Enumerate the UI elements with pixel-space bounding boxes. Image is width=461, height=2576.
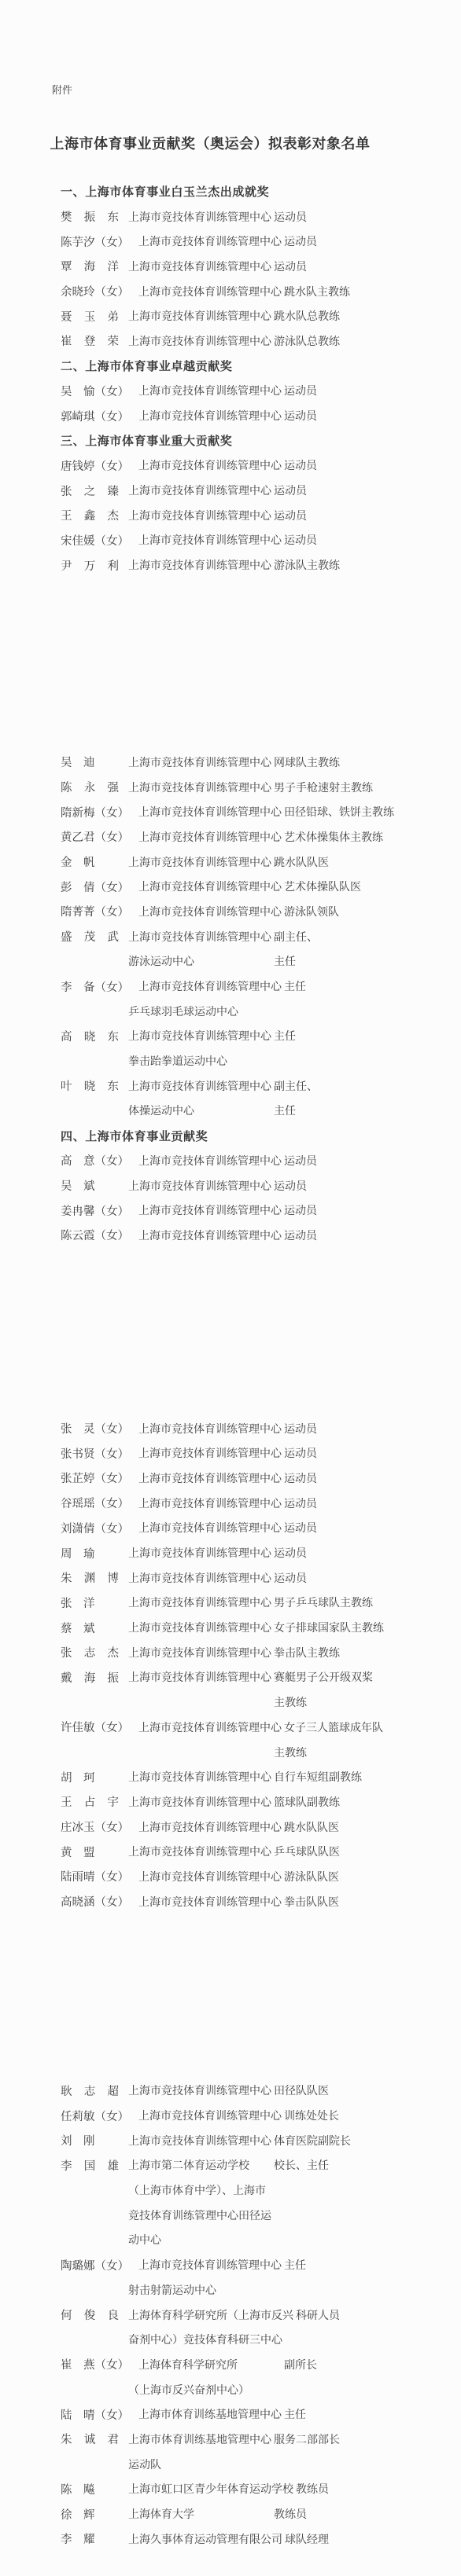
organization: 上海市体育训练基地管理中心 <box>128 2431 271 2447</box>
entry: 陈永强上海市竞技体育训练管理中心男子手枪速射主教练 <box>0 775 461 800</box>
entry: 许佳敏（女）上海市竞技体育训练管理中心女子三人篮球成年队主教练 <box>0 1715 461 1764</box>
role: 艺术体操集体主教练 <box>284 829 383 845</box>
entry-line: 陆 晴（女）上海市体育训练基地管理中心主任 <box>0 2402 461 2427</box>
entry: 崔登荣上海市竞技体育训练管理中心游泳队总教练 <box>0 328 461 354</box>
organization: 上海市竞技体育训练管理中心 <box>138 804 282 820</box>
organization: 上海市竞技体育训练管理中心 <box>128 1570 271 1586</box>
organization: 上海市竞技体育训练管理中心 <box>128 1620 271 1635</box>
entry: 黄 盟上海市竞技体育训练管理中心乒乓球队队医 <box>0 1839 461 1864</box>
entry: 郭崎琪（女）上海市竞技体育训练管理中心运动员 <box>0 403 461 428</box>
organization: 上海市竞技体育训练管理中心 <box>128 780 271 795</box>
entry: 姜冉馨（女）上海市竞技体育训练管理中心运动员 <box>0 1198 461 1223</box>
organization: 上海市竞技体育训练管理中心 <box>138 1869 282 1884</box>
entry: 盛茂武上海市竞技体育训练管理中心副主任、游泳运动中心主任 <box>0 924 461 974</box>
person-name: 陶璐娜（女） <box>61 2257 129 2273</box>
entry: 王占宇上海市竞技体育训练管理中心篮球队副教练 <box>0 1789 461 1815</box>
entry: 黄乙君（女）上海市竞技体育训练管理中心艺术体操集体主教练 <box>0 824 461 849</box>
person-name: 陈云霞（女） <box>61 1227 129 1243</box>
role: 运动员 <box>274 1570 307 1586</box>
organization: 上海市竞技体育训练管理中心 <box>138 2108 282 2123</box>
entry-line: 张芷婷（女）上海市竞技体育训练管理中心运动员 <box>0 1466 461 1491</box>
organization: 上海市竞技体育训练管理中心 <box>128 333 271 349</box>
role: 游泳队领队 <box>284 904 339 919</box>
role: 教练员 <box>296 2481 329 2497</box>
organization: 奋剂中心）竞技体育科研三中心 <box>128 2332 282 2347</box>
entry: 陆 晴（女）上海市体育训练基地管理中心主任 <box>0 2402 461 2427</box>
entry: 吴 愉（女）上海市竞技体育训练管理中心运动员 <box>0 379 461 404</box>
entry: 刘 刚上海市竞技体育训练管理中心体育医院副院长 <box>0 2128 461 2153</box>
organization: 上海市竞技体育训练管理中心 <box>128 2133 271 2149</box>
organization: 上海市竞技体育训练管理中心 <box>128 508 271 523</box>
person-name: 张芷婷（女） <box>61 1470 129 1486</box>
entry-line: 李 耀上海久事体育运动管理有限公司球队经理 <box>0 2526 461 2552</box>
role: 跳水队队医 <box>274 854 329 870</box>
entry-line: 奋剂中心）竞技体育科研三中心 <box>0 2327 461 2352</box>
entry-line: 张书贤（女）上海市竞技体育训练管理中心运动员 <box>0 1440 461 1466</box>
role: 教练员 <box>274 2506 307 2522</box>
entry-line: 王占宇上海市竞技体育训练管理中心篮球队副教练 <box>0 1789 461 1815</box>
entry: 周 瑜上海市竞技体育训练管理中心运动员 <box>0 1540 461 1565</box>
entry-line: 高晓涵（女）上海市竞技体育训练管理中心拳击队队医 <box>0 1889 461 1914</box>
organization: 上海久事体育运动管理有限公司 <box>128 2531 282 2547</box>
entry: 彭 倩（女）上海市竞技体育训练管理中心艺术体操队队医 <box>0 874 461 899</box>
organization: 上海市竞技体育训练管理中心 <box>138 1421 282 1437</box>
entry: 朱渊博上海市竞技体育训练管理中心运动员 <box>0 1565 461 1591</box>
organization: 上海市竞技体育训练管理中心 <box>128 209 271 225</box>
section-heading: 一、上海市体育事业白玉兰杰出成就奖 <box>0 179 461 204</box>
entry: 崔 燕（女）上海体育科学研究所副所长（上海市反兴奋剂中心） <box>0 2352 461 2402</box>
role: 主任 <box>274 1028 296 1044</box>
entry: 隋新梅（女）上海市竞技体育训练管理中心田径铅球、铁饼主教练 <box>0 799 461 824</box>
organization: 上海体育科学研究所 <box>138 2357 282 2372</box>
organization: 体操运动中心 <box>128 1103 271 1118</box>
entry-line: 朱诚君上海市体育训练基地管理中心服务二部部长 <box>0 2427 461 2452</box>
entry: 胡 珂上海市竞技体育训练管理中心自行车短组副教练 <box>0 1764 461 1789</box>
role: 跳水队总教练 <box>274 308 340 324</box>
organization: 上海市竞技体育训练管理中心 <box>128 557 271 573</box>
entry: 陆雨晴（女）上海市竞技体育训练管理中心游泳队队医 <box>0 1864 461 1889</box>
organization: 上海市竞技体育训练管理中心 <box>128 1178 271 1194</box>
organization: 上海市竞技体育训练管理中心 <box>138 1153 282 1169</box>
role: 训练处处长 <box>284 2108 339 2123</box>
role: 主任 <box>274 1103 296 1118</box>
organization: 运动队 <box>128 2457 271 2472</box>
entry-line: 崔登荣上海市竞技体育训练管理中心游泳队总教练 <box>0 328 461 354</box>
entry-line: 陈 飚上海市虹口区青少年体育运动学校教练员 <box>0 2477 461 2502</box>
entry: 何俊良上海体育科学研究所（上海市反兴科研人员奋剂中心）竞技体育科研三中心 <box>0 2303 461 2352</box>
entry-line: 拳击跆拳道运动中心 <box>0 1048 461 1073</box>
person-name: 戴海振 <box>61 1669 119 1686</box>
role: 女子三人篮球成年队 <box>284 1719 383 1735</box>
organization: 上海市竞技体育训练管理中心 <box>138 829 282 845</box>
role: 副所长 <box>284 2357 317 2372</box>
organization: 上海市体育训练基地管理中心 <box>138 2406 282 2422</box>
entry: 任莉敏（女）上海市竞技体育训练管理中心训练处处长 <box>0 2103 461 2128</box>
role: 运动员 <box>284 233 317 249</box>
person-name: 周 瑜 <box>61 1545 119 1561</box>
organization: 上海市竞技体育训练管理中心 <box>138 1445 282 1461</box>
organization: 上海市竞技体育训练管理中心 <box>138 1202 282 1218</box>
person-name: 高晓东 <box>61 1028 119 1044</box>
role: 主任 <box>274 953 296 969</box>
entry: 金 帆上海市竞技体育训练管理中心跳水队队医 <box>0 849 461 875</box>
entry-line: 黄乙君（女）上海市竞技体育训练管理中心艺术体操集体主教练 <box>0 824 461 849</box>
award-document: 附件 上海市体育事业贡献奖（奥运会）拟表彰对象名单 一、上海市体育事业白玉兰杰出… <box>0 0 461 2576</box>
entry: 王鑫杰上海市竞技体育训练管理中心运动员 <box>0 503 461 528</box>
entry: 朱诚君上海市体育训练基地管理中心服务二部部长运动队 <box>0 2427 461 2476</box>
page-gap <box>0 1248 461 1416</box>
role: 运动员 <box>284 1202 317 1218</box>
role: 运动员 <box>274 1545 307 1561</box>
person-name: 刘潇倩（女） <box>61 1520 129 1536</box>
person-name: 陆雨晴（女） <box>61 1868 129 1884</box>
section-heading: 三、上海市体育事业重大贡献奖 <box>0 428 461 453</box>
role: 跳水队主教练 <box>284 284 350 299</box>
person-name: 唐钱婷（女） <box>61 457 129 474</box>
person-name: 蔡 斌 <box>61 1620 119 1636</box>
entry-line: 尹万利上海市竞技体育训练管理中心游泳队主教练 <box>0 552 461 578</box>
entry-line: 高晓东上海市竞技体育训练管理中心主任 <box>0 1024 461 1049</box>
entry-line: 李 备（女）上海市竞技体育训练管理中心主任 <box>0 974 461 999</box>
person-name: 樊振东 <box>61 208 119 225</box>
role: 运动员 <box>284 1445 317 1461</box>
person-name: 陆 晴（女） <box>61 2406 129 2423</box>
entry-line: 动中心 <box>0 2228 461 2253</box>
organization: 上海市竞技体育训练管理中心 <box>128 1594 271 1610</box>
person-name: 徐 辉 <box>61 2506 119 2523</box>
entry: 张芷婷（女）上海市竞技体育训练管理中心运动员 <box>0 1466 461 1491</box>
entry-line: 姜冉馨（女）上海市竞技体育训练管理中心运动员 <box>0 1198 461 1223</box>
organization: 射击射箭运动中心 <box>128 2282 271 2298</box>
organization: 拳击跆拳道运动中心 <box>128 1053 271 1069</box>
role: 运动员 <box>274 483 307 498</box>
entry-line: 王鑫杰上海市竞技体育训练管理中心运动员 <box>0 503 461 528</box>
person-name: 陈 飚 <box>61 2481 119 2497</box>
person-name: 隋新梅（女） <box>61 804 129 820</box>
entry-line: （上海市体育中学）、上海市 <box>0 2178 461 2203</box>
entry-line: 张 灵（女）上海市竞技体育训练管理中心运动员 <box>0 1416 461 1441</box>
role: 运动员 <box>284 408 317 424</box>
organization: 游泳运动中心 <box>128 953 271 969</box>
entry: 陈云霞（女）上海市竞技体育训练管理中心运动员 <box>0 1223 461 1248</box>
organization: 上海体育科学研究所（上海市反兴 <box>128 2307 293 2323</box>
entry-line: 耿志超上海市竞技体育训练管理中心田径队队医 <box>0 2079 461 2104</box>
entry-line: 射击射箭运动中心 <box>0 2277 461 2303</box>
person-name: 张之臻 <box>61 483 119 499</box>
role: 副主任、 <box>274 929 318 945</box>
organization: 上海市竞技体育训练管理中心 <box>138 879 282 894</box>
person-name: 李 备（女） <box>61 978 129 995</box>
person-name: 谷瑶瑶（女） <box>61 1495 129 1511</box>
organization: 上海市竞技体育训练管理中心 <box>138 1894 282 1910</box>
role: 田径队队医 <box>274 2082 329 2098</box>
organization: 上海市竞技体育训练管理中心 <box>128 1078 271 1094</box>
entry-line: 主教练 <box>0 1690 461 1715</box>
person-name: 郭崎琪（女） <box>61 408 129 424</box>
person-name: 吴 斌 <box>61 1177 119 1194</box>
entry-line: 胡 珂上海市竞技体育训练管理中心自行车短组副教练 <box>0 1764 461 1789</box>
entry-line: 张之臻上海市竞技体育训练管理中心运动员 <box>0 478 461 503</box>
entry-line: 覃海洋上海市竞技体育训练管理中心运动员 <box>0 254 461 279</box>
person-name: 盛茂武 <box>61 928 119 945</box>
entry-line: 何俊良上海体育科学研究所（上海市反兴科研人员 <box>0 2303 461 2328</box>
organization: 上海市竞技体育训练管理中心 <box>138 233 282 249</box>
person-name: 陈永强 <box>61 779 119 795</box>
organization: 上海市竞技体育训练管理中心 <box>138 457 282 473</box>
person-name: 张 灵（女） <box>61 1420 129 1437</box>
organization: 上海市竞技体育训练管理中心 <box>128 308 271 324</box>
person-name: 何俊良 <box>61 2306 119 2323</box>
person-name: 余晓玲（女） <box>61 283 129 299</box>
role: 艺术体操队队医 <box>284 879 361 894</box>
entry: 蔡 斌上海市竞技体育训练管理中心女子排球国家队主教练 <box>0 1615 461 1640</box>
organization: 上海市竞技体育训练管理中心 <box>138 978 282 994</box>
organization: 上海市竞技体育训练管理中心 <box>128 1669 271 1685</box>
role: 运动员 <box>284 1421 317 1437</box>
role: 运动员 <box>274 508 307 523</box>
role: 运动员 <box>274 259 307 274</box>
entry: 高晓涵（女）上海市竞技体育训练管理中心拳击队队医 <box>0 1889 461 1914</box>
entry: 张 洋上海市竞技体育训练管理中心男子乒乓球队主教练 <box>0 1591 461 1616</box>
organization: 上海市竞技体育训练管理中心 <box>128 1844 271 1859</box>
entry-line: 陈永强上海市竞技体育训练管理中心男子手枪速射主教练 <box>0 775 461 800</box>
entry-line: 戴海振上海市竞技体育训练管理中心赛艇男子公开级双桨 <box>0 1665 461 1690</box>
organization: 上海市竞技体育训练管理中心 <box>128 1028 271 1044</box>
person-name: 吴 迪 <box>61 754 119 770</box>
entry-line: 吴 迪上海市竞技体育训练管理中心网球队主教练 <box>0 750 461 775</box>
role: 主教练 <box>274 1745 307 1760</box>
entry: 谷瑶瑶（女）上海市竞技体育训练管理中心运动员 <box>0 1491 461 1516</box>
entry-line: 刘 刚上海市竞技体育训练管理中心体育医院副院长 <box>0 2128 461 2153</box>
person-name: 耿志超 <box>61 2082 119 2099</box>
person-name: 姜冉馨（女） <box>61 1202 129 1219</box>
entry-line: 任莉敏（女）上海市竞技体育训练管理中心训练处处长 <box>0 2103 461 2128</box>
entry-line: 余晓玲（女）上海市竞技体育训练管理中心跳水队主教练 <box>0 279 461 304</box>
entry: 张志杰上海市竞技体育训练管理中心拳击队主教练 <box>0 1640 461 1665</box>
organization: 上海市竞技体育训练管理中心 <box>138 1227 282 1243</box>
entry-line: 庄冰玉（女）上海市竞技体育训练管理中心跳水队队医 <box>0 1815 461 1840</box>
entry: 唐钱婷（女）上海市竞技体育训练管理中心运动员 <box>0 453 461 479</box>
entry-line: 陈云霞（女）上海市竞技体育训练管理中心运动员 <box>0 1223 461 1248</box>
entry-line: 徐 辉上海体育大学教练员 <box>0 2501 461 2526</box>
person-name: 尹万利 <box>61 557 119 574</box>
role: 运动员 <box>284 1153 317 1169</box>
person-name: 许佳敏（女） <box>61 1719 129 1735</box>
role: 游泳队队医 <box>284 1869 339 1884</box>
person-name: 崔登荣 <box>61 332 119 349</box>
page-gap <box>0 1914 461 2079</box>
organization: 上海市竞技体育训练管理中心 <box>138 1819 282 1835</box>
entry-line: 樊振东上海市竞技体育训练管理中心运动员 <box>0 204 461 229</box>
entry-line: 吴 斌上海市竞技体育训练管理中心运动员 <box>0 1173 461 1198</box>
role: 校长、主任 <box>274 2157 329 2173</box>
organization: 上海市竞技体育训练管理中心 <box>128 259 271 274</box>
person-name: 崔 燕（女） <box>61 2356 129 2372</box>
page-gap <box>0 578 461 750</box>
person-name: 张 洋 <box>61 1594 119 1611</box>
role: 运动员 <box>284 1520 317 1536</box>
person-name: 高 意（女） <box>61 1152 129 1169</box>
attachment-label: 附件 <box>0 0 461 99</box>
person-name: 王占宇 <box>61 1793 119 1810</box>
entry: 宋佳媛（女）上海市竞技体育训练管理中心运动员 <box>0 528 461 553</box>
entry-line: 刘潇倩（女）上海市竞技体育训练管理中心运动员 <box>0 1516 461 1541</box>
entry-line: 唐钱婷（女）上海市竞技体育训练管理中心运动员 <box>0 453 461 479</box>
organization: （上海市体育中学）、上海市 <box>128 2182 271 2198</box>
person-name: 黄乙君（女） <box>61 828 129 845</box>
entry: 叶晓东上海市竞技体育训练管理中心副主任、体操运动中心主任 <box>0 1073 461 1123</box>
person-name: 宋佳媛（女） <box>61 532 129 549</box>
entry-line: 高 意（女）上海市竞技体育训练管理中心运动员 <box>0 1148 461 1173</box>
organization: 上海市竞技体育训练管理中心 <box>138 1719 282 1735</box>
entry-line: 聂玉弟上海市竞技体育训练管理中心跳水队总教练 <box>0 303 461 328</box>
entry-line: 张 洋上海市竞技体育训练管理中心男子乒乓球队主教练 <box>0 1591 461 1616</box>
section-heading: 二、上海市体育事业卓越贡献奖 <box>0 354 461 379</box>
person-name: 叶晓东 <box>61 1077 119 1094</box>
role: 主教练 <box>274 1694 307 1710</box>
role: 副主任、 <box>274 1078 318 1094</box>
organization: 上海市竞技体育训练管理中心 <box>128 483 271 498</box>
organization: 上海市竞技体育训练管理中心 <box>128 1545 271 1561</box>
role: 运动员 <box>274 1178 307 1194</box>
entry: 高晓东上海市竞技体育训练管理中心主任拳击跆拳道运动中心 <box>0 1024 461 1073</box>
entry: 张书贤（女）上海市竞技体育训练管理中心运动员 <box>0 1440 461 1466</box>
organization: 上海市竞技体育训练管理中心 <box>128 929 271 945</box>
entry-line: 宋佳媛（女）上海市竞技体育训练管理中心运动员 <box>0 528 461 553</box>
person-name: 胡 珂 <box>61 1769 119 1785</box>
entry: 戴海振上海市竞技体育训练管理中心赛艇男子公开级双桨主教练 <box>0 1665 461 1715</box>
entry: 徐 辉上海体育大学教练员 <box>0 2501 461 2526</box>
section-heading: 四、上海市体育事业贡献奖 <box>0 1123 461 1148</box>
entry: 陶璐娜（女）上海市竞技体育训练管理中心主任射击射箭运动中心 <box>0 2252 461 2302</box>
organization: 上海市竞技体育训练管理中心 <box>128 1794 271 1810</box>
organization: 上海市竞技体育训练管理中心 <box>128 854 271 870</box>
person-name: 隋菁菁（女） <box>61 903 129 919</box>
organization: 上海体育大学 <box>128 2506 271 2522</box>
role: 运动员 <box>284 1495 317 1511</box>
role: 拳击队主教练 <box>274 1645 340 1660</box>
person-name: 黄 盟 <box>61 1844 119 1860</box>
entry: 覃海洋上海市竞技体育训练管理中心运动员 <box>0 254 461 279</box>
entry-line: 许佳敏（女）上海市竞技体育训练管理中心女子三人篮球成年队 <box>0 1715 461 1740</box>
organization: 上海市竞技体育训练管理中心 <box>128 1769 271 1785</box>
person-name: 李 耀 <box>61 2530 119 2547</box>
person-name: 覃海洋 <box>61 258 119 274</box>
organization: （上海市反兴奋剂中心） <box>128 2382 271 2398</box>
person-name: 任莉敏（女） <box>61 2108 129 2124</box>
entry-line: 游泳运动中心主任 <box>0 949 461 974</box>
entry: 张之臻上海市竞技体育训练管理中心运动员 <box>0 478 461 503</box>
person-name: 高晓涵（女） <box>61 1893 129 1910</box>
role: 主任 <box>284 2257 306 2273</box>
entry: 李 耀上海久事体育运动管理有限公司球队经理 <box>0 2526 461 2552</box>
entry-line: （上海市反兴奋剂中心） <box>0 2377 461 2402</box>
person-name: 朱诚君 <box>61 2431 119 2447</box>
entry-line: 张志杰上海市竞技体育训练管理中心拳击队主教练 <box>0 1640 461 1665</box>
person-name: 庄冰玉（女） <box>61 1818 129 1835</box>
role: 运动员 <box>274 209 307 225</box>
role: 服务二部部长 <box>274 2431 340 2447</box>
person-name: 张志杰 <box>61 1644 119 1660</box>
entry: 张 灵（女）上海市竞技体育训练管理中心运动员 <box>0 1416 461 1441</box>
entry: 陈 飚上海市虹口区青少年体育运动学校教练员 <box>0 2477 461 2502</box>
entry-line: 陆雨晴（女）上海市竞技体育训练管理中心游泳队队医 <box>0 1864 461 1889</box>
entry-line: 竞技体育训练管理中心田径运 <box>0 2203 461 2228</box>
role: 运动员 <box>284 457 317 473</box>
person-name: 陈芋汐（女） <box>61 233 129 250</box>
entry-line: 朱渊博上海市竞技体育训练管理中心运动员 <box>0 1565 461 1591</box>
person-name: 刘 刚 <box>61 2132 119 2149</box>
organization: 上海市竞技体育训练管理中心 <box>138 1495 282 1511</box>
organization: 上海市竞技体育训练管理中心 <box>128 2082 271 2098</box>
entry: 隋菁菁（女）上海市竞技体育训练管理中心游泳队领队 <box>0 899 461 924</box>
organization: 上海市虹口区青少年体育运动学校 <box>128 2481 293 2497</box>
organization: 上海市竞技体育训练管理中心 <box>138 2257 282 2273</box>
entry-line: 乒乓球羽毛球运动中心 <box>0 999 461 1024</box>
entry-line: 盛茂武上海市竞技体育训练管理中心副主任、 <box>0 924 461 949</box>
role: 男子手枪速射主教练 <box>274 780 373 795</box>
document-title: 上海市体育事业贡献奖（奥运会）拟表彰对象名单 <box>49 134 371 154</box>
role: 网球队主教练 <box>274 754 340 770</box>
role: 运动员 <box>284 1470 317 1486</box>
person-name: 王鑫杰 <box>61 507 119 523</box>
entry-line: 吴 愉（女）上海市竞技体育训练管理中心运动员 <box>0 379 461 404</box>
entry-line: 隋菁菁（女）上海市竞技体育训练管理中心游泳队领队 <box>0 899 461 924</box>
organization: 上海市竞技体育训练管理中心 <box>138 408 282 424</box>
entry: 樊振东上海市竞技体育训练管理中心运动员 <box>0 204 461 229</box>
person-name: 吴 愉（女） <box>61 383 129 399</box>
entry-line: 李国雄上海市第二体育运动学校校长、主任 <box>0 2153 461 2178</box>
organization: 上海市竞技体育训练管理中心 <box>138 904 282 919</box>
person-name: 彭 倩（女） <box>61 879 129 895</box>
entry: 尹万利上海市竞技体育训练管理中心游泳队主教练 <box>0 552 461 578</box>
role: 拳击队队医 <box>284 1894 339 1910</box>
role: 乒乓球队队医 <box>274 1844 340 1859</box>
organization: 乒乓球羽毛球运动中心 <box>128 1004 271 1019</box>
role: 跳水队队医 <box>284 1819 339 1835</box>
role: 男子乒乓球队主教练 <box>274 1594 373 1610</box>
entry-line: 金 帆上海市竞技体育训练管理中心跳水队队医 <box>0 849 461 875</box>
entry: 余晓玲（女）上海市竞技体育训练管理中心跳水队主教练 <box>0 279 461 304</box>
entry-line: 黄 盟上海市竞技体育训练管理中心乒乓球队队医 <box>0 1839 461 1864</box>
entry-line: 周 瑜上海市竞技体育训练管理中心运动员 <box>0 1540 461 1565</box>
person-name: 李国雄 <box>61 2157 119 2174</box>
role: 篮球队副教练 <box>274 1794 340 1810</box>
organization: 上海市竞技体育训练管理中心 <box>138 1520 282 1536</box>
entry: 吴 迪上海市竞技体育训练管理中心网球队主教练 <box>0 750 461 775</box>
entry: 李国雄上海市第二体育运动学校校长、主任（上海市体育中学）、上海市竞技体育训练管理… <box>0 2153 461 2253</box>
person-name: 张书贤（女） <box>61 1445 129 1462</box>
person-name: 聂玉弟 <box>61 308 119 325</box>
entry-line: 运动队 <box>0 2452 461 2477</box>
role: 主任 <box>284 978 306 994</box>
role: 自行车短组副教练 <box>274 1769 362 1785</box>
doc-blocks: 一、上海市体育事业白玉兰杰出成就奖樊振东上海市竞技体育训练管理中心运动员陈芋汐（… <box>0 179 461 2552</box>
entry-line: 蔡 斌上海市竞技体育训练管理中心女子排球国家队主教练 <box>0 1615 461 1640</box>
organization: 上海市竞技体育训练管理中心 <box>138 532 282 548</box>
entry: 刘潇倩（女）上海市竞技体育训练管理中心运动员 <box>0 1516 461 1541</box>
entry-line: 陶璐娜（女）上海市竞技体育训练管理中心主任 <box>0 2252 461 2277</box>
entry-line: 主教练 <box>0 1740 461 1765</box>
entry: 庄冰玉（女）上海市竞技体育训练管理中心跳水队队医 <box>0 1815 461 1840</box>
organization: 上海市第二体育运动学校 <box>128 2157 271 2173</box>
role: 游泳队总教练 <box>274 333 340 349</box>
role: 体育医院副院长 <box>274 2133 351 2149</box>
person-name: 朱渊博 <box>61 1569 119 1586</box>
entry-line: 郭崎琪（女）上海市竞技体育训练管理中心运动员 <box>0 403 461 428</box>
role: 运动员 <box>284 383 317 398</box>
organization: 上海市竞技体育训练管理中心 <box>138 284 282 299</box>
